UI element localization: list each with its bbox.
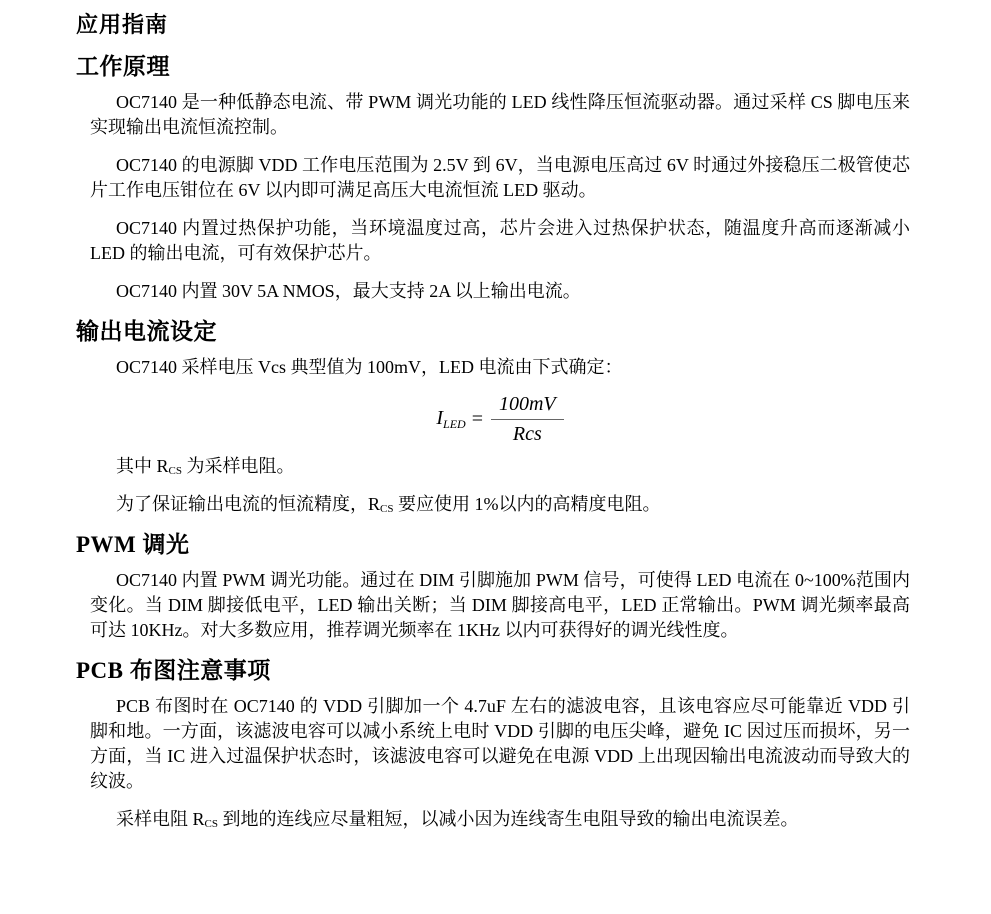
note-text: 为采样电阻。 xyxy=(182,456,295,476)
paragraph: 采样电阻 RCS 到地的连线应尽量粗短，以减小因为连线寄生电阻导致的输出电流误差… xyxy=(90,807,910,832)
note-text: 要应使用 1%以内的高精度电阻。 xyxy=(393,494,660,514)
formula-block: ILED = 100mV Rcs xyxy=(90,393,910,446)
doc-title: 应用指南 xyxy=(76,10,991,40)
formula-denominator: Rcs xyxy=(491,420,564,446)
paragraph: OC7140 内置 30V 5A NMOS，最大支持 2A 以上输出电流。 xyxy=(90,279,910,304)
note-text: 采样电阻 R xyxy=(116,809,205,829)
note-text: 其中 R xyxy=(116,456,169,476)
paragraph: PCB 布图时在 OC7140 的 VDD 引脚加一个 4.7uF 左右的滤波电… xyxy=(90,694,910,794)
paragraph: OC7140 采样电压 Vcs 典型值为 100mV，LED 电流由下式确定： xyxy=(90,355,910,380)
rcs-subscript: CS xyxy=(380,503,393,515)
formula-subscript-led: LED xyxy=(443,417,466,431)
paragraph: 为了保证输出电流的恒流精度，RCS 要应使用 1%以内的高精度电阻。 xyxy=(90,492,910,517)
led-current-formula: ILED = 100mV Rcs xyxy=(436,393,563,446)
paragraph: OC7140 内置过热保护功能，当环境温度过高，芯片会进入过热保护状态，随温度升… xyxy=(90,216,910,266)
section-heading-working-principle: 工作原理 xyxy=(76,52,991,82)
paragraph: OC7140 是一种低静态电流、带 PWM 调光功能的 LED 线性降压恒流驱动… xyxy=(90,90,910,140)
formula-numerator: 100mV xyxy=(491,393,564,420)
paragraph: 其中 RCS 为采样电阻。 xyxy=(90,454,910,479)
paragraph: OC7140 的电源脚 VDD 工作电压范围为 2.5V 到 6V，当电源电压高… xyxy=(90,153,910,203)
formula-symbol-I: I xyxy=(436,407,443,429)
formula-fraction: 100mV Rcs xyxy=(491,393,564,446)
note-text: 到地的连线应尽量粗短，以减小因为连线寄生电阻导致的输出电流误差。 xyxy=(218,809,799,829)
formula-lhs: ILED xyxy=(436,407,471,432)
section-heading-pwm-dimming: PWM 调光 xyxy=(76,530,991,560)
section-heading-output-current-setting: 输出电流设定 xyxy=(76,317,991,347)
section-heading-pcb-layout-notes: PCB 布图注意事项 xyxy=(76,656,991,686)
rcs-subscript: CS xyxy=(205,818,218,830)
note-text: 为了保证输出电流的恒流精度，R xyxy=(116,494,380,514)
paragraph: OC7140 内置 PWM 调光功能。通过在 DIM 引脚施加 PWM 信号，可… xyxy=(90,568,910,643)
document-page: 应用指南 工作原理 OC7140 是一种低静态电流、带 PWM 调光功能的 LE… xyxy=(0,0,991,914)
formula-equals: = xyxy=(472,408,491,431)
rcs-subscript: CS xyxy=(169,465,182,477)
